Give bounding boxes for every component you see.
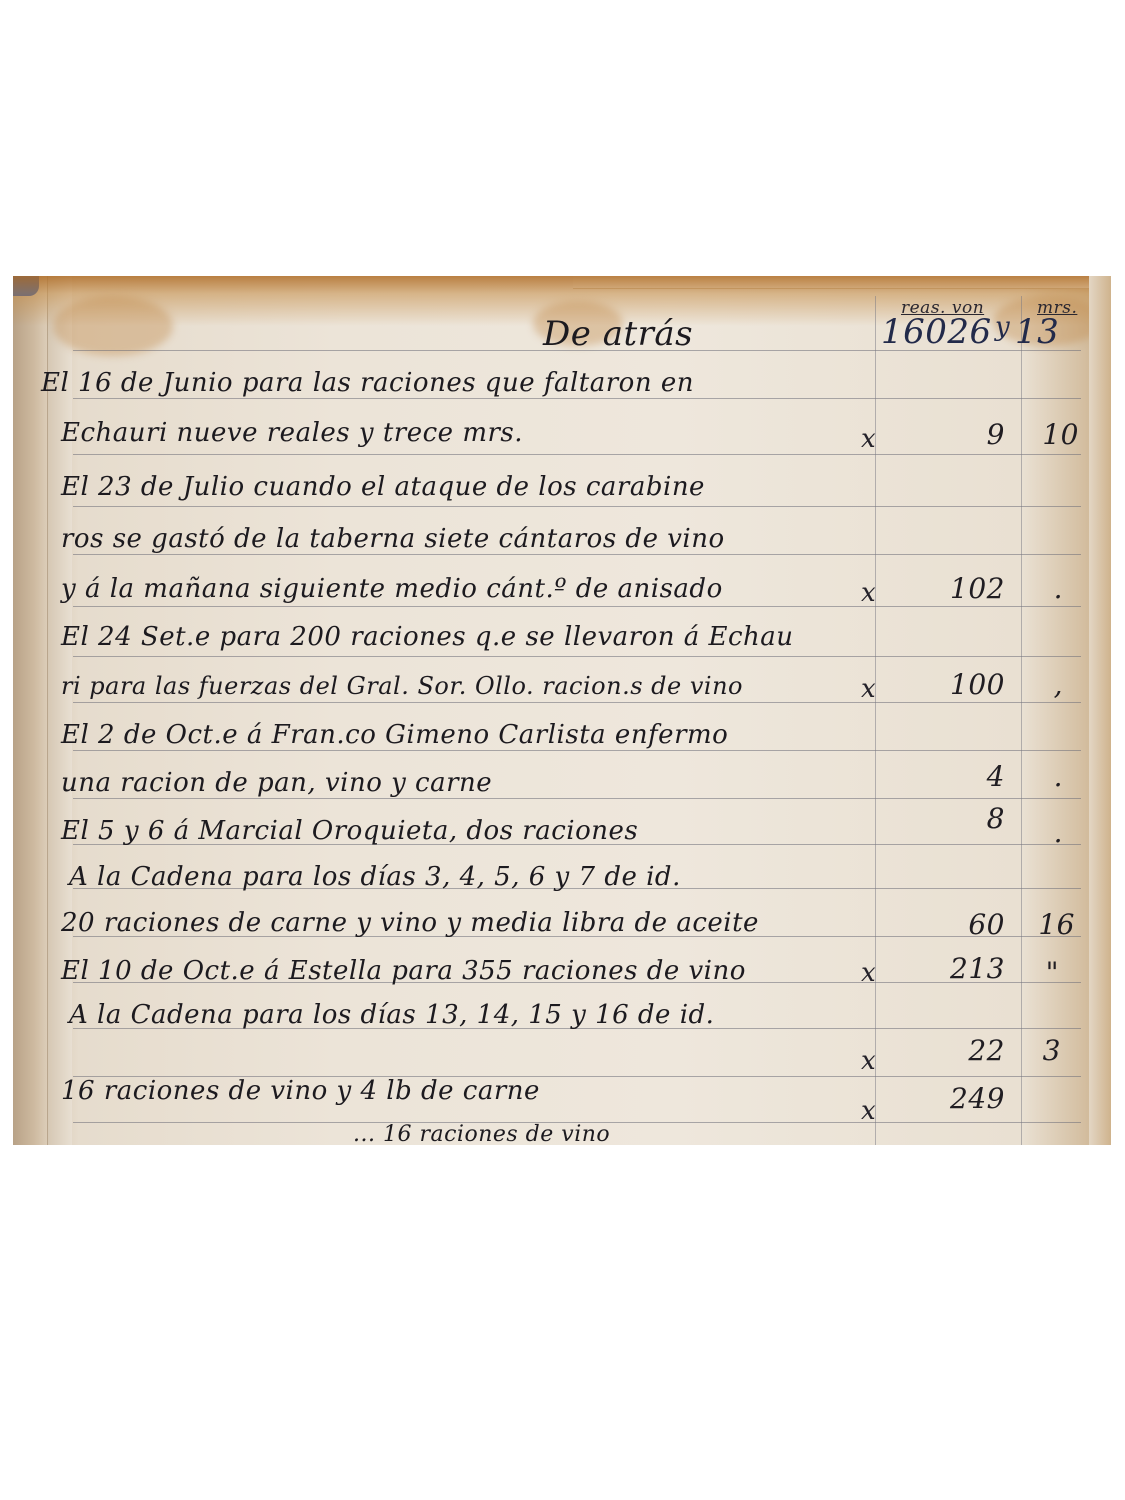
- ruled-line: [73, 798, 1081, 799]
- carried-reales: 16026: [881, 312, 992, 352]
- entry-line: El 5 y 6 á Marcial Oroquieta, dos racion…: [61, 816, 638, 846]
- amount-maravedis: ,: [1043, 668, 1063, 701]
- amount-reales: 4: [913, 760, 1005, 793]
- check-mark: x: [861, 1046, 876, 1076]
- page-right-edge: [1089, 276, 1111, 1145]
- amount-reales: 60: [913, 908, 1005, 941]
- ruled-line: [73, 606, 1081, 607]
- entry-line: El 23 de Julio cuando el ataque de los c…: [61, 472, 705, 502]
- ruled-line: [73, 506, 1081, 507]
- check-mark: x: [861, 958, 876, 988]
- entry-line: El 2 de Oct.e á Fran.co Gimeno Carlista …: [61, 720, 728, 750]
- amount-reales: 22: [913, 1034, 1005, 1067]
- ruled-line: [73, 454, 1081, 455]
- entry-line-cropped: ... 16 raciones de vino: [353, 1122, 610, 1145]
- entry-line: Echauri nueve reales y trece mrs.: [61, 418, 523, 448]
- check-mark: x: [861, 1096, 876, 1126]
- entry-line: El 24 Set.e para 200 raciones q.e se lle…: [61, 622, 794, 652]
- check-mark: x: [861, 424, 876, 454]
- entry-line: 16 raciones de vino y 4 lb de carne: [61, 1076, 540, 1106]
- entry-line: A la Cadena para los días 13, 14, 15 y 1…: [69, 1000, 714, 1030]
- amount-maravedis: .: [1043, 572, 1063, 605]
- ruled-line: [73, 750, 1081, 751]
- stain-blob: [53, 296, 173, 356]
- book-binding: [13, 276, 47, 1145]
- amount-reales: 9: [913, 418, 1005, 451]
- amount-maravedis: 10: [1035, 418, 1079, 451]
- check-mark: x: [861, 578, 876, 608]
- entry-line: ri para las fuerzas del Gral. Sor. Ollo.…: [61, 672, 743, 700]
- amount-maravedis: .: [1043, 816, 1063, 849]
- entry-line: y á la mañana siguiente medio cánt.º de …: [61, 574, 723, 604]
- ruled-line: [73, 398, 1081, 399]
- amount-reales: 8: [913, 802, 1005, 835]
- entry-line: una racion de pan, vino y carne: [61, 768, 492, 798]
- amount-reales: 100: [913, 668, 1005, 701]
- amount-reales: 213: [913, 952, 1005, 985]
- ruled-line: [73, 702, 1081, 703]
- check-mark: x: [861, 674, 876, 704]
- amount-reales: 249: [913, 1082, 1005, 1115]
- entry-line: 20 raciones de carne y vino y media libr…: [61, 908, 759, 938]
- carried-maravedis: 13: [1015, 312, 1059, 352]
- amount-maravedis: 3: [1031, 1034, 1061, 1067]
- amount-reales: 102: [913, 572, 1005, 605]
- page-title: De atrás: [543, 314, 693, 354]
- column-divider: [1021, 296, 1022, 1145]
- ledger-photo: reas. von mrs. De atrás 16026 y 13 El 16…: [13, 276, 1111, 1145]
- entry-line: El 10 de Oct.e á Estella para 355 racion…: [61, 956, 746, 986]
- entry-line: A la Cadena para los días 3, 4, 5, 6 y 7…: [69, 862, 681, 892]
- amount-maravedis: .: [1043, 760, 1063, 793]
- entry-line: El 16 de Junio para las raciones que fal…: [41, 368, 694, 398]
- amount-maravedis: ": [1039, 956, 1059, 989]
- ruled-line: [73, 554, 1081, 555]
- amount-maravedis: 16: [1031, 908, 1075, 941]
- entry-line: ros se gastó de la taberna siete cántaro…: [61, 524, 725, 554]
- ruled-line: [73, 656, 1081, 657]
- carried-join: y: [995, 312, 1010, 342]
